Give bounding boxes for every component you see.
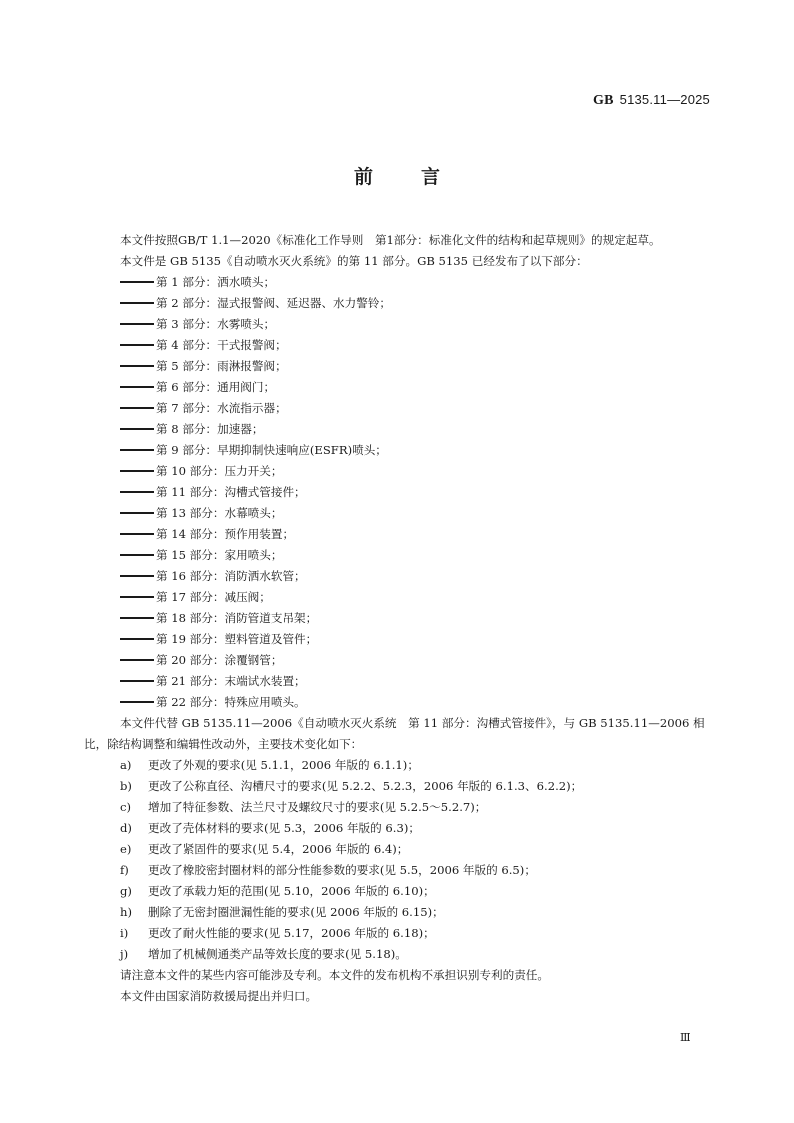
- change-label: j): [120, 944, 148, 965]
- change-item: j)增加了机械侧通类产品等效长度的要求(见 5.18)。: [84, 944, 712, 965]
- em-dash-icon: [120, 575, 154, 576]
- change-label: h): [120, 902, 148, 923]
- em-dash-icon: [120, 554, 154, 555]
- em-dash-icon: [120, 428, 154, 429]
- change-item: a)更改了外观的要求(见 5.1.1，2006 年版的 6.1.1)；: [84, 755, 712, 776]
- change-item: d)更改了壳体材料的要求(见 5.3，2006 年版的 6.3)；: [84, 818, 712, 839]
- em-dash-icon: [120, 596, 154, 597]
- em-dash-icon: [120, 344, 154, 345]
- em-dash-icon: [120, 302, 154, 303]
- em-dash-icon: [120, 659, 154, 660]
- change-label: b): [120, 776, 148, 797]
- part-item: 第 2 部分：湿式报警阀、延迟器、水力警铃；: [84, 293, 712, 314]
- standard-prefix: GB: [593, 93, 614, 108]
- foreword-body: 本文件按照GB/T 1.1—2020《标准化工作导则 第1部分：标准化文件的结构…: [84, 230, 712, 1007]
- em-dash-icon: [120, 512, 154, 513]
- standard-code-header: GB5135.11—2025: [593, 92, 710, 109]
- change-label: g): [120, 881, 148, 902]
- changes-list: a)更改了外观的要求(见 5.1.1，2006 年版的 6.1.1)； b)更改…: [84, 755, 712, 965]
- part-item: 第 17 部分：减压阀；: [84, 587, 712, 608]
- change-item: h)删除了无密封圈泄漏性能的要求(见 2006 年版的 6.15)；: [84, 902, 712, 923]
- part-item: 第 20 部分：涂覆钢管；: [84, 650, 712, 671]
- part-item: 第 15 部分：家用喷头；: [84, 545, 712, 566]
- part-item: 第 6 部分：通用阀门；: [84, 377, 712, 398]
- part-item: 第 21 部分：末端试水装置；: [84, 671, 712, 692]
- change-item: i)更改了耐火性能的要求(见 5.17，2006 年版的 6.18)；: [84, 923, 712, 944]
- part-item: 第 9 部分：早期抑制快速响应(ESFR)喷头；: [84, 440, 712, 461]
- part-item: 第 13 部分：水幕喷头；: [84, 503, 712, 524]
- em-dash-icon: [120, 701, 154, 702]
- em-dash-icon: [120, 386, 154, 387]
- part-item: 第 16 部分：消防洒水软管；: [84, 566, 712, 587]
- part-item: 第 1 部分：洒水喷头；: [84, 272, 712, 293]
- series-paragraph: 本文件是 GB 5135《自动喷水灭火系统》的第 11 部分。GB 5135 已…: [84, 251, 712, 272]
- page-title: 前言: [0, 162, 794, 189]
- replacement-paragraph: 本文件代替 GB 5135.11—2006《自动喷水灭火系统 第 11 部分：沟…: [84, 713, 712, 755]
- part-item: 第 7 部分：水流指示器；: [84, 398, 712, 419]
- change-label: a): [120, 755, 148, 776]
- drafting-rules-paragraph: 本文件按照GB/T 1.1—2020《标准化工作导则 第1部分：标准化文件的结构…: [84, 230, 712, 251]
- part-item: 第 5 部分：雨淋报警阀；: [84, 356, 712, 377]
- part-item: 第 18 部分：消防管道支吊架；: [84, 608, 712, 629]
- part-item: 第 4 部分：干式报警阀；: [84, 335, 712, 356]
- title-char-1: 前: [354, 162, 373, 189]
- change-item: f)更改了橡胶密封圈材料的部分性能参数的要求(见 5.5，2006 年版的 6.…: [84, 860, 712, 881]
- proposer-statement: 本文件由国家消防救援局提出并归口。: [84, 986, 712, 1007]
- change-label: f): [120, 860, 148, 881]
- page-number: Ⅲ: [680, 1031, 691, 1044]
- part-item: 第 14 部分：预作用装置；: [84, 524, 712, 545]
- em-dash-icon: [120, 449, 154, 450]
- em-dash-icon: [120, 533, 154, 534]
- standard-number: 5135.11—2025: [620, 92, 710, 107]
- title-char-2: 言: [421, 162, 440, 189]
- change-label: i): [120, 923, 148, 944]
- change-item: b)更改了公称直径、沟槽尺寸的要求(见 5.2.2、5.2.3，2006 年版的…: [84, 776, 712, 797]
- change-item: c)增加了特征参数、法兰尺寸及螺纹尺寸的要求(见 5.2.5～5.2.7)；: [84, 797, 712, 818]
- part-item: 第 3 部分：水雾喷头；: [84, 314, 712, 335]
- em-dash-icon: [120, 491, 154, 492]
- parts-list: 第 1 部分：洒水喷头； 第 2 部分：湿式报警阀、延迟器、水力警铃； 第 3 …: [84, 272, 712, 713]
- change-item: e)更改了紧固件的要求(见 5.4，2006 年版的 6.4)；: [84, 839, 712, 860]
- change-label: d): [120, 818, 148, 839]
- part-item: 第 10 部分：压力开关；: [84, 461, 712, 482]
- em-dash-icon: [120, 365, 154, 366]
- em-dash-icon: [120, 281, 154, 282]
- part-item: 第 19 部分：塑料管道及管件；: [84, 629, 712, 650]
- em-dash-icon: [120, 323, 154, 324]
- change-item: g)更改了承载力矩的范围(见 5.10，2006 年版的 6.10)；: [84, 881, 712, 902]
- em-dash-icon: [120, 407, 154, 408]
- part-item: 第 11 部分：沟槽式管接件；: [84, 482, 712, 503]
- em-dash-icon: [120, 617, 154, 618]
- change-label: e): [120, 839, 148, 860]
- part-item: 第 22 部分：特殊应用喷头。: [84, 692, 712, 713]
- patent-notice: 请注意本文件的某些内容可能涉及专利。本文件的发布机构不承担识别专利的责任。: [84, 965, 712, 986]
- change-label: c): [120, 797, 148, 818]
- em-dash-icon: [120, 680, 154, 681]
- em-dash-icon: [120, 638, 154, 639]
- part-item: 第 8 部分：加速器；: [84, 419, 712, 440]
- em-dash-icon: [120, 470, 154, 471]
